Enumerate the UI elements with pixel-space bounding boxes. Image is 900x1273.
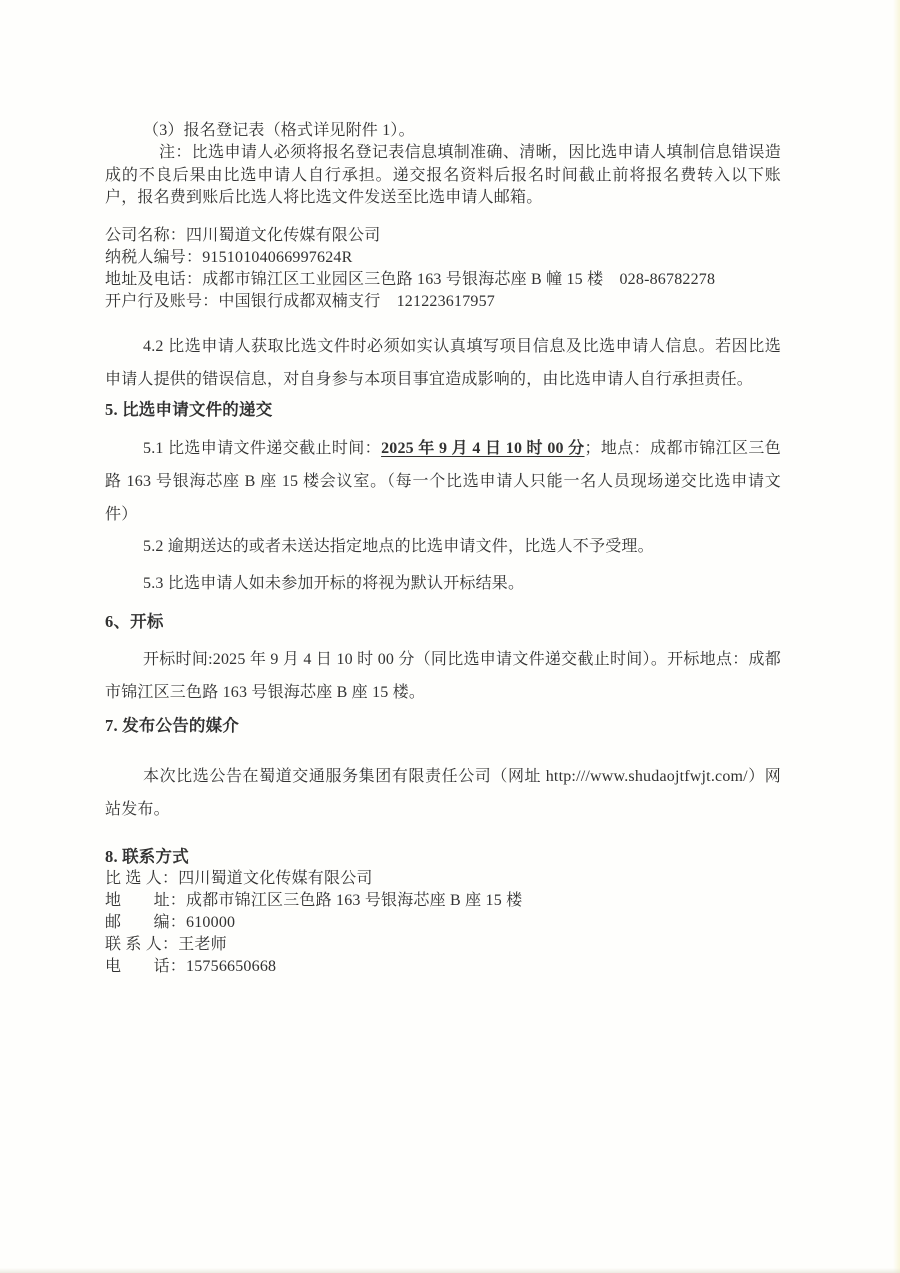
address-phone-line: 地址及电话：成都市锦江区工业园区三色路 163 号银海芯座 B 幢 15 楼 0… <box>105 269 781 291</box>
section-6-heading: 6、开标 <box>105 611 781 633</box>
clause-5-1: 5.1 比选申请文件递交截止时间：2025 年 9 月 4 日 10 时 00 … <box>105 432 781 531</box>
clause-5-1-prefix: 5.1 比选申请文件递交截止时间： <box>143 440 381 457</box>
section-5-heading: 5. 比选申请文件的递交 <box>105 399 781 421</box>
attachment-item-3: （3）报名登记表（格式详见附件 1）。 <box>105 120 781 142</box>
clause-4-2: 4.2 比选申请人获取比选文件时必须如实认真填写项目信息及比选申请人信息。若因比… <box>105 330 781 396</box>
scan-edge-bottom <box>0 1268 900 1273</box>
contact-bidder-label: 比 选 人： <box>105 870 178 887</box>
contact-bidder-value: 四川蜀道文化传媒有限公司 <box>178 870 372 887</box>
bid-opening-paragraph: 开标时间:2025 年 9 月 4 日 10 时 00 分（同比选申请文件递交截… <box>105 643 781 709</box>
scan-edge-right <box>893 0 900 1273</box>
scanned-document-page: （3）报名登记表（格式详见附件 1）。 注：比选申请人必须将报名登记表信息填制准… <box>0 0 900 1273</box>
contact-person-label: 联 系 人： <box>105 936 178 953</box>
section-8-heading: 8. 联系方式 <box>105 846 781 868</box>
contact-phone-line: 电 话：15756650668 <box>105 956 781 978</box>
contact-person-line: 联 系 人：王老师 <box>105 934 781 956</box>
contact-address-line: 地 址：成都市锦江区三色路 163 号银海芯座 B 座 15 楼 <box>105 890 781 912</box>
contact-address-label: 地 址： <box>105 892 186 909</box>
taxpayer-id-line: 纳税人编号：91510104066997624R <box>105 247 781 269</box>
contact-phone-value: 15756650668 <box>186 958 276 975</box>
document-content: （3）报名登记表（格式详见附件 1）。 注：比选申请人必须将报名登记表信息填制准… <box>105 120 781 978</box>
contact-bidder-line: 比 选 人：四川蜀道文化传媒有限公司 <box>105 868 781 890</box>
bank-account-line: 开户行及账号：中国银行成都双楠支行 121223617957 <box>105 291 781 313</box>
note-paragraph: 注：比选申请人必须将报名登记表信息填制准确、清晰，因比选申请人填制信息错误造成的… <box>105 142 781 210</box>
contact-postcode-label: 邮 编： <box>105 914 186 931</box>
clause-5-2: 5.2 逾期送达的或者未送达指定地点的比选申请文件，比选人不予受理。 <box>105 536 781 558</box>
contact-person-value: 王老师 <box>178 936 227 953</box>
company-name-line: 公司名称：四川蜀道文化传媒有限公司 <box>105 225 781 247</box>
submission-deadline: 2025 年 9 月 4 日 10 时 00 分 <box>381 440 584 457</box>
contact-postcode-value: 610000 <box>186 914 235 931</box>
clause-5-3: 5.3 比选申请人如未参加开标的将视为默认开标结果。 <box>105 573 781 595</box>
contact-address-value: 成都市锦江区三色路 163 号银海芯座 B 座 15 楼 <box>186 892 522 909</box>
contact-postcode-line: 邮 编：610000 <box>105 912 781 934</box>
section-7-heading: 7. 发布公告的媒介 <box>105 715 781 737</box>
contact-phone-label: 电 话： <box>105 958 186 975</box>
announcement-media-paragraph: 本次比选公告在蜀道交通服务集团有限责任公司（网址 http:///www.shu… <box>105 760 781 826</box>
